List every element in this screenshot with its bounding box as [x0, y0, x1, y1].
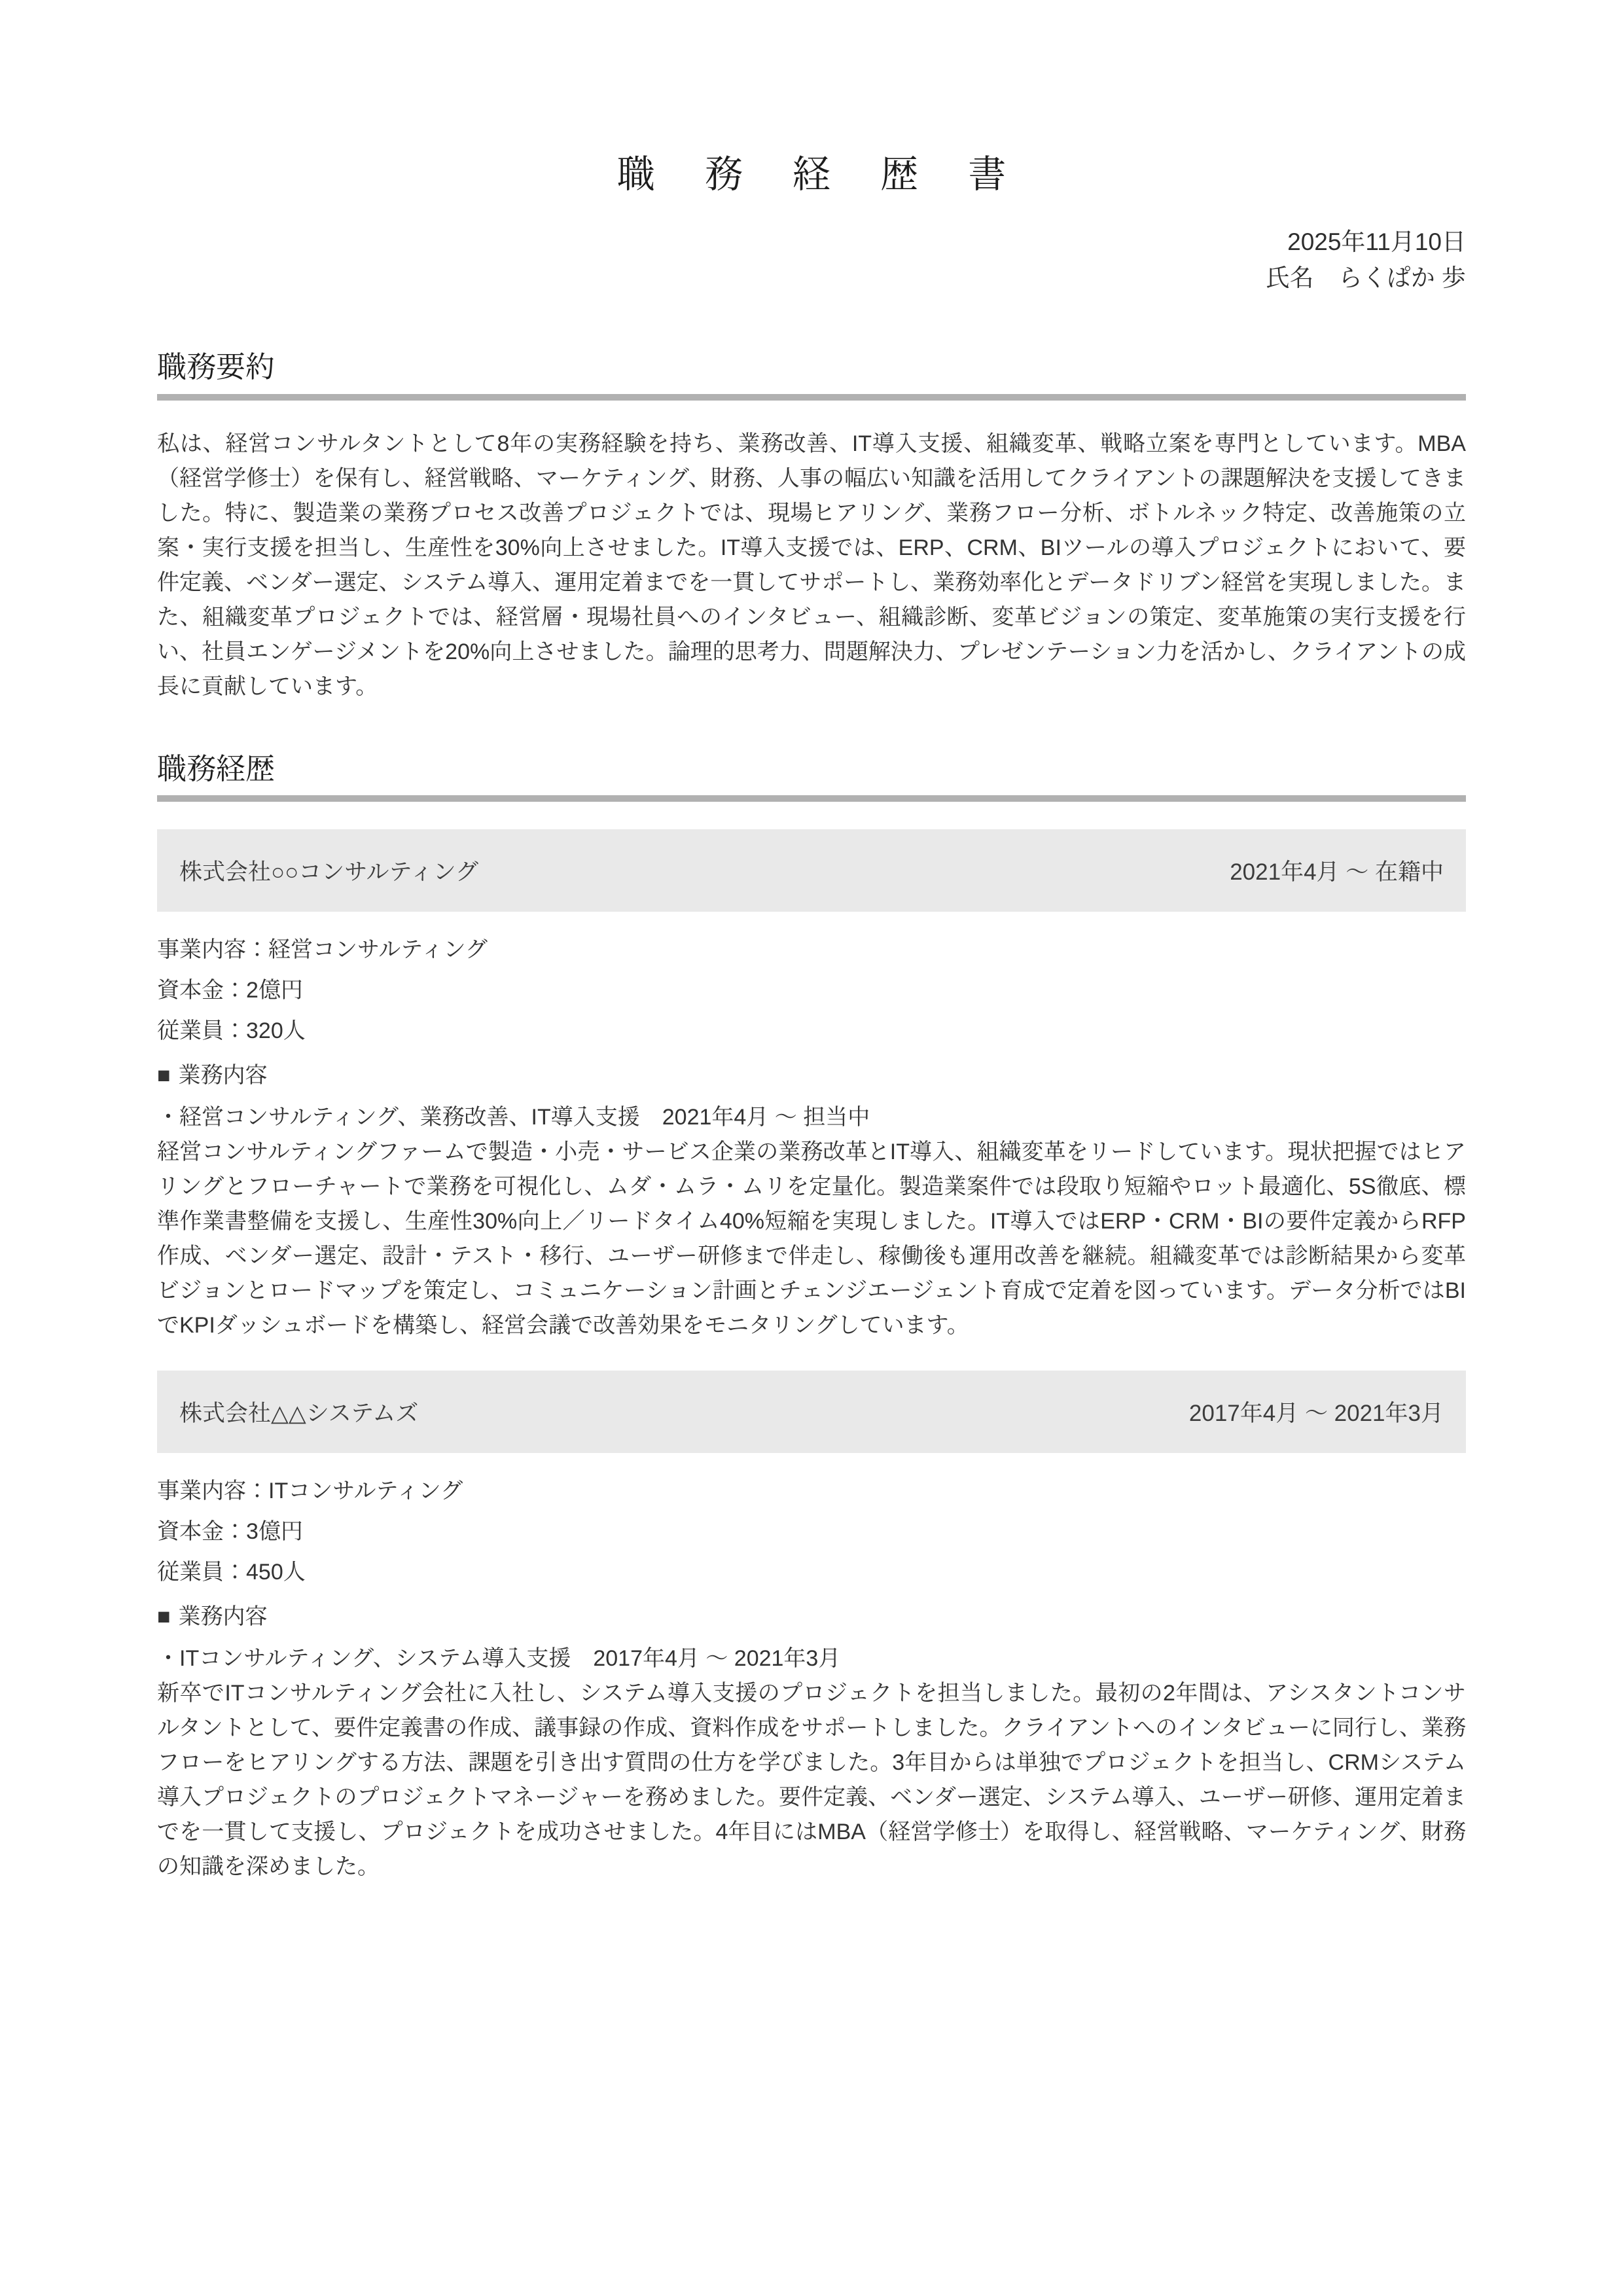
company-info: 事業内容：ITコンサルティング 資本金：3億円 従業員：450人	[157, 1479, 1466, 1584]
company-name: 株式会社△△システムズ	[179, 1395, 418, 1428]
summary-paragraph: 私は、経営コンサルタントとして8年の実務経験を持ち、業務改善、IT導入支援、組織…	[157, 427, 1466, 704]
company-employees-line: 従業員：320人	[157, 1019, 1466, 1043]
resume-content: 職 務 経 歴 書 2025年11月10日 氏名 らくぱか 歩 職務要約 私は、…	[0, 0, 1623, 1884]
summary-section-heading: 職務要約	[157, 351, 1466, 384]
summary-heading-rule	[157, 394, 1466, 401]
company-period: 2017年4月 ～ 2021年3月	[1189, 1395, 1444, 1428]
company-capital-line: 資本金：2億円	[157, 978, 1466, 1002]
work-content-label: 業務内容	[179, 1604, 268, 1629]
company-name: 株式会社○○コンサルティング	[179, 854, 478, 887]
company-period: 2021年4月 ～ 在籍中	[1230, 854, 1444, 887]
company-business-line: 事業内容：ITコンサルティング	[157, 1479, 1466, 1503]
square-bullet-icon: ■	[157, 1063, 171, 1088]
document-date: 2025年11月10日	[157, 224, 1466, 260]
work-content-heading: ■業務内容	[157, 1605, 1466, 1628]
company-capital-line: 資本金：3億円	[157, 1520, 1466, 1543]
company-header: 株式会社○○コンサルティング 2021年4月 ～ 在籍中	[157, 829, 1466, 912]
work-description-block: ・経営コンサルティング、業務改善、IT導入支援 2021年4月 ～ 担当中 経営…	[157, 1100, 1466, 1343]
company-header: 株式会社△△システムズ 2017年4月 ～ 2021年3月	[157, 1371, 1466, 1453]
company-info: 事業内容：経営コンサルティング 資本金：2億円 従業員：320人	[157, 938, 1466, 1043]
document-title: 職 務 経 歴 書	[157, 0, 1466, 194]
history-heading-rule	[157, 795, 1466, 802]
work-content-heading: ■業務内容	[157, 1064, 1466, 1087]
role-line: ・経営コンサルティング、業務改善、IT導入支援 2021年4月 ～ 担当中	[157, 1100, 1466, 1135]
work-description: 新卒でITコンサルティング会社に入社し、システム導入支援のプロジェクトを担当しま…	[157, 1676, 1466, 1884]
work-description-block: ・ITコンサルティング、システム導入支援 2017年4月 ～ 2021年3月 新…	[157, 1641, 1466, 1884]
resume-page: 職 務 経 歴 書 2025年11月10日 氏名 らくぱか 歩 職務要約 私は、…	[0, 0, 1623, 2296]
company-employees-line: 従業員：450人	[157, 1560, 1466, 1584]
work-content-label: 業務内容	[179, 1063, 268, 1088]
history-section-heading: 職務経歴	[157, 753, 1466, 785]
document-meta: 2025年11月10日 氏名 らくぱか 歩	[157, 224, 1466, 296]
square-bullet-icon: ■	[157, 1604, 171, 1629]
work-description: 経営コンサルティングファームで製造・小売・サービス企業の業務改革とIT導入、組織…	[157, 1135, 1466, 1343]
company-business-line: 事業内容：経営コンサルティング	[157, 938, 1466, 961]
applicant-name: 氏名 らくぱか 歩	[157, 260, 1466, 296]
role-line: ・ITコンサルティング、システム導入支援 2017年4月 ～ 2021年3月	[157, 1641, 1466, 1676]
